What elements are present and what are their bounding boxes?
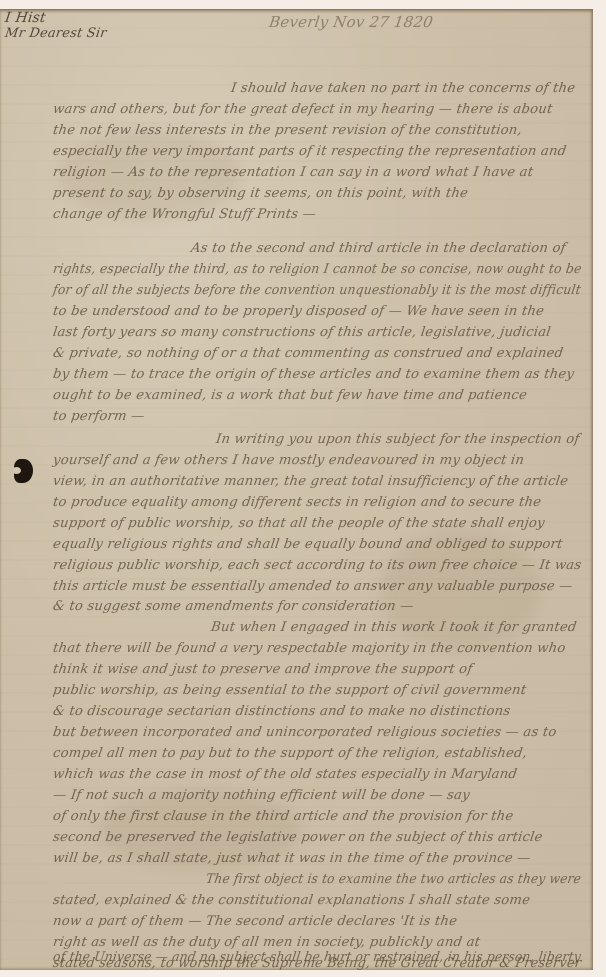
letter-line: of only the first clause in the third ar… <box>52 809 514 824</box>
letter-line: to be understood and to be properly disp… <box>52 304 545 319</box>
letter-line: this article must be essentially amended… <box>52 579 574 594</box>
letter-line: will be, as I shall state, just what it … <box>52 851 532 866</box>
letter-line: by them — to trace the origin of these a… <box>52 367 575 382</box>
salutation: Mr Dearest Sir <box>4 26 108 41</box>
letter-line: view, in an authoritative manner, the gr… <box>52 474 569 489</box>
letter-line: second be preserved the legislative powe… <box>52 830 543 845</box>
letter-line: stated, explained & the constitutional e… <box>52 893 531 908</box>
letter-line: ought to be examined, is a work that but… <box>52 388 528 403</box>
letter-line: — If not such a majority nothing efficie… <box>52 788 471 803</box>
letter-line: rights, especially the third, as to reli… <box>52 262 583 277</box>
letter-line: last forty years so many constructions o… <box>52 325 552 340</box>
letter-line: The first object is to examine the two a… <box>205 872 582 887</box>
corner-note: I Hist <box>4 10 47 26</box>
letter-line: of the Universe — and no subject shall b… <box>52 950 582 965</box>
letter-line: As to the second and third article in th… <box>190 241 567 256</box>
letter-line: that there will be found a very respecta… <box>52 641 567 656</box>
letter-line: In writing you upon this subject for the… <box>215 432 581 447</box>
ink-blot <box>14 459 33 483</box>
dateline: Beverly Nov 27 1820 <box>268 13 434 31</box>
letter-line: & to discourage sectarian distinctions a… <box>52 704 511 719</box>
letter-line: equally religious rights and shall be eq… <box>52 537 564 552</box>
letter-line: to perform — <box>52 409 145 424</box>
letter-line: present to say, by observing it seems, o… <box>52 186 469 201</box>
letter-line: to produce equality among different sect… <box>52 495 542 510</box>
letter-line: which was the case in most of the old st… <box>52 767 518 782</box>
letter-line: yourself and a few others I have mostly … <box>52 453 525 468</box>
letter-line: & to suggest some amendments for conside… <box>52 599 415 614</box>
letter-line: but between incorporated and unincorpora… <box>52 725 558 740</box>
letter-line: compel all men to pay but to the support… <box>52 746 528 761</box>
letter-line: now a part of them — The second article … <box>52 914 458 929</box>
letter-line: public worship, as being essential to th… <box>52 683 527 698</box>
letter-line: wars and others, but for the great defec… <box>52 102 553 117</box>
letter-line: religion — As to the representation I ca… <box>52 165 534 180</box>
letter-line: change of the Wrongful Stuff Prints — <box>52 207 317 222</box>
letter-line: right as well as the duty of all men in … <box>52 935 481 950</box>
letter-line: I should have taken no part in the conce… <box>230 81 576 96</box>
letter-line: & private, so nothing of or a that comme… <box>52 346 564 361</box>
letter-line: think it wise and just to preserve and i… <box>52 662 473 677</box>
letter-line: especially the very important parts of i… <box>52 144 567 159</box>
letter-line: for of all the subjects before the conve… <box>52 283 582 298</box>
letter-line: religious public worship, each sect acco… <box>52 558 582 573</box>
letter-line: the not few less interests in the presen… <box>52 123 523 138</box>
letter-line: support of public worship, so that all t… <box>52 516 546 531</box>
letter-line: But when I engaged in this work I took i… <box>210 620 578 635</box>
